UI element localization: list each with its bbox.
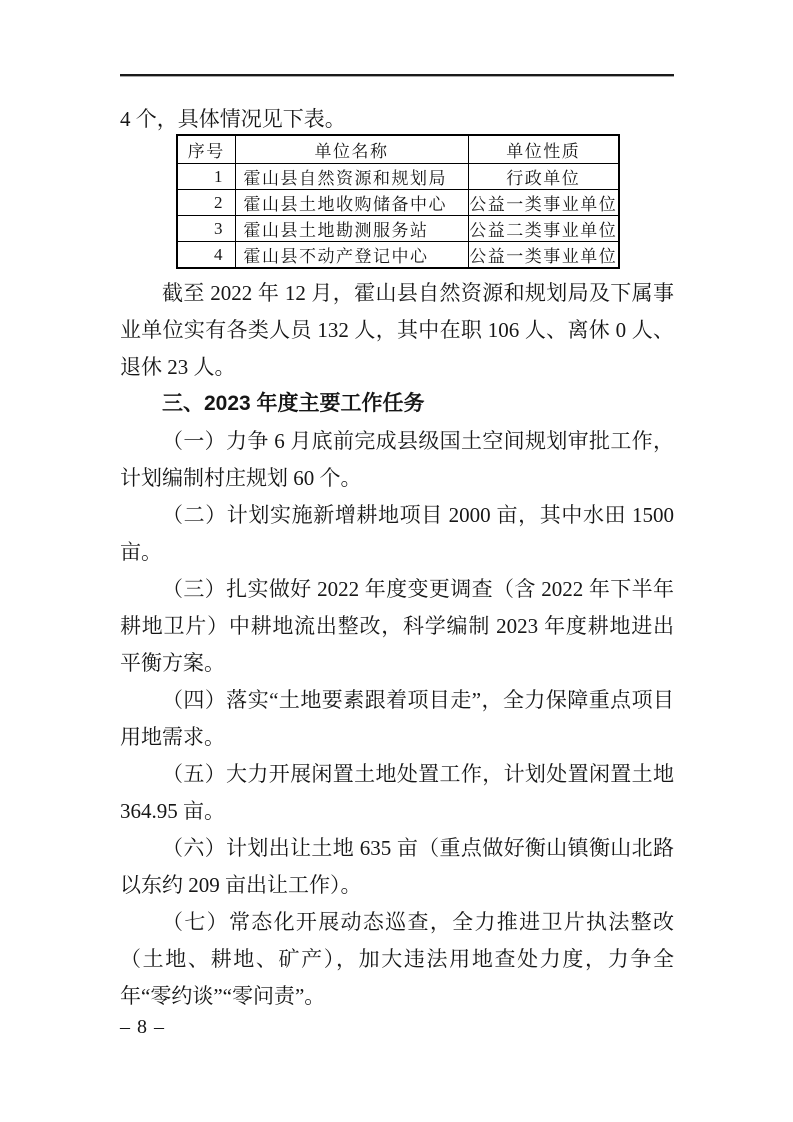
task-paragraph-5: （五）大力开展闲置土地处置工作，计划处置闲置土地 364.95 亩。 (120, 756, 674, 830)
col-header-unit-name: 单位名称 (235, 135, 468, 164)
cell-index: 2 (177, 190, 235, 216)
cell-unit-name: 霍山县不动产登记中心 (235, 242, 468, 269)
col-header-unit-nature: 单位性质 (468, 135, 619, 164)
staffing-paragraph: 截至 2022 年 12 月，霍山县自然资源和规划局及下属事业单位实有各类人员 … (120, 275, 674, 386)
table-row: 4 霍山县不动产登记中心 公益一类事业单位 (177, 242, 619, 269)
table-row: 3 霍山县土地勘测服务站 公益二类事业单位 (177, 216, 619, 242)
table-row: 2 霍山县土地收购储备中心 公益一类事业单位 (177, 190, 619, 216)
units-table: 序号 单位名称 单位性质 1 霍山县自然资源和规划局 行政单位 2 霍山县土地收… (176, 134, 620, 269)
task-paragraph-2: （二）计划实施新增耕地项目 2000 亩，其中水田 1500 亩。 (120, 497, 674, 571)
task-paragraph-7: （七）常态化开展动态巡查，全力推进卫片执法整改（土地、耕地、矿产），加大违法用地… (120, 904, 674, 1015)
intro-line: 4 个，具体情况见下表。 (120, 101, 674, 138)
cell-unit-nature: 公益一类事业单位 (468, 190, 619, 216)
cell-unit-nature: 公益二类事业单位 (468, 216, 619, 242)
cell-unit-name: 霍山县土地收购储备中心 (235, 190, 468, 216)
page-number: – 8 – (120, 1016, 165, 1039)
task-paragraph-4: （四）落实“土地要素跟着项目走”，全力保障重点项目用地需求。 (120, 682, 674, 756)
table-header-row: 序号 单位名称 单位性质 (177, 135, 619, 164)
cell-unit-nature: 公益一类事业单位 (468, 242, 619, 269)
task-paragraph-3: （三）扎实做好 2022 年度变更调查（含 2022 年下半年耕地卫片）中耕地流… (120, 571, 674, 682)
cell-index: 3 (177, 216, 235, 242)
cell-unit-name: 霍山县土地勘测服务站 (235, 216, 468, 242)
document-page: 4 个，具体情况见下表。 序号 单位名称 单位性质 1 霍山县自然资源和规划局 … (0, 0, 793, 1122)
cell-index: 1 (177, 164, 235, 190)
table-row: 1 霍山县自然资源和规划局 行政单位 (177, 164, 619, 190)
task-paragraph-6: （六）计划出让土地 635 亩（重点做好衡山镇衡山北路以东约 209 亩出让工作… (120, 830, 674, 904)
header-rule (120, 74, 674, 77)
col-header-index: 序号 (177, 135, 235, 164)
cell-unit-nature: 行政单位 (468, 164, 619, 190)
task-paragraph-1: （一）力争 6 月底前完成县级国土空间规划审批工作，计划编制村庄规划 60 个。 (120, 423, 674, 497)
cell-index: 4 (177, 242, 235, 269)
section-heading: 三、2023 年度主要工作任务 (120, 385, 674, 422)
cell-unit-name: 霍山县自然资源和规划局 (235, 164, 468, 190)
